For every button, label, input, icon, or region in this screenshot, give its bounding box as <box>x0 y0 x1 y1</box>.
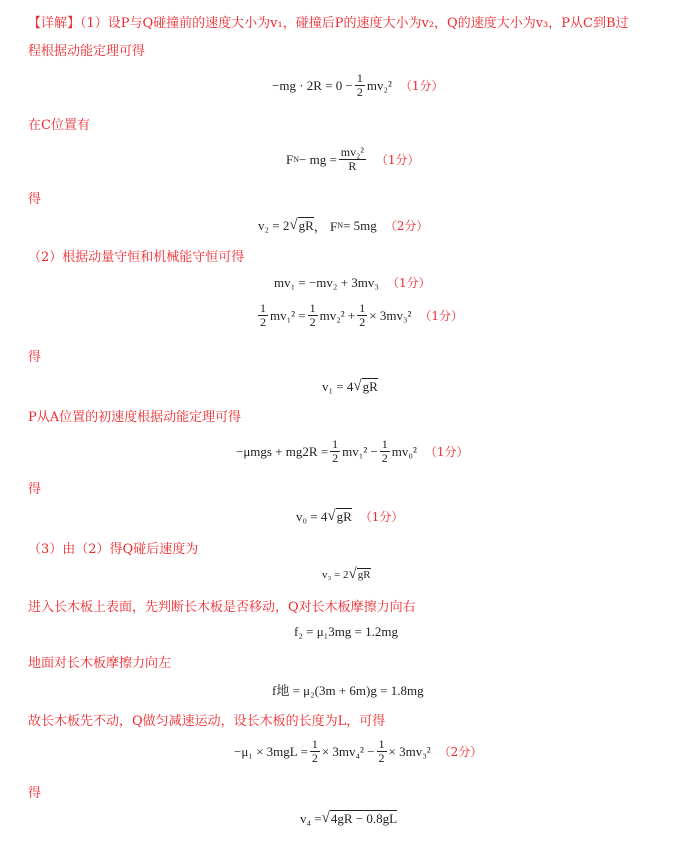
eq-text: mv₁ = −mv₂ + 3mv₃ <box>274 275 379 291</box>
eq-text: × 3mv₃² <box>369 308 411 324</box>
eq-text: v₁ = 4 <box>322 379 353 395</box>
eq-radicand: gR <box>298 217 314 234</box>
paragraph-from-a: P从A位置的初速度根据动能定理可得 <box>28 406 241 425</box>
paragraph-part3: （3）由（2）得Q碰后速度为 <box>28 538 198 557</box>
equation-11: f地 = μ₂(3m + 6m)g = 1.8mg <box>272 680 424 699</box>
score-label: （1分） <box>419 307 463 324</box>
eq-text: ， F <box>314 216 337 235</box>
equation-10: f₂ = μ₁3mg = 1.2mg <box>294 624 398 640</box>
fraction: 12 <box>357 302 367 329</box>
eq-text: v₃ = 2 <box>322 569 349 581</box>
equation-2: FN − mg = mv₂²R （1分） <box>286 146 420 173</box>
fraction: 12 <box>377 738 387 765</box>
paragraph-result: 得 <box>28 478 41 497</box>
equation-1: −mg · 2R = 0 − 12 mv₂² （1分） <box>272 72 444 99</box>
eq-text: mv₁² − <box>342 444 378 460</box>
sqrt-icon: √ <box>353 378 361 395</box>
equation-8: v₀ = 4√gR （1分） <box>296 508 403 525</box>
equation-6: v₁ = 4√gR <box>322 378 378 395</box>
equation-12: −μ₁ × 3mgL = 12× 3mv₄² − 12× 3mv₃² （2分） <box>234 738 482 765</box>
paragraph-part1-intro-cont: 程根据动能定理可得 <box>28 40 145 59</box>
eq-text: −μ₁ × 3mgL = <box>234 744 308 760</box>
fraction: 12 <box>310 738 320 765</box>
score-label: （1分） <box>425 443 469 460</box>
paragraph-friction-right: 进入长木板上表面，先判断长木板是否移动，Q对长木板摩擦力向右 <box>28 596 416 615</box>
paragraph-part1-intro: 【详解】（1）设P与Q碰撞前的速度大小为v₁，碰撞后P的速度大小为v₂，Q的速度… <box>28 12 629 31</box>
fraction: 12 <box>355 72 365 99</box>
eq-text: f₂ = μ₁3mg = 1.2mg <box>294 624 398 640</box>
paragraph-result: 得 <box>28 188 41 207</box>
fraction: mv₂²R <box>339 146 366 173</box>
eq-text: v₂ = 2 <box>258 218 289 234</box>
eq-radicand: gR <box>362 378 378 395</box>
eq-text: mv₀² <box>392 444 417 460</box>
eq-text: × 3mv₄² − <box>322 744 375 760</box>
eq-text: v₄ = <box>300 811 322 827</box>
score-label: （1分） <box>376 151 420 168</box>
eq-radicand: gR <box>357 568 371 581</box>
fraction: 12 <box>308 302 318 329</box>
score-label: （1分） <box>387 274 431 291</box>
eq-text: F <box>286 152 293 168</box>
paragraph-part2: （2）根据动量守恒和机械能守恒可得 <box>28 246 244 265</box>
equation-13: v₄ = √4gR − 0.8gL <box>300 810 397 827</box>
paragraph-friction-left: 地面对长木板摩擦力向左 <box>28 652 171 671</box>
eq-text: mv₂² + <box>320 308 356 324</box>
paragraph-at-c: 在C位置有 <box>28 114 90 133</box>
sqrt-icon: √ <box>327 508 335 525</box>
eq-radicand: 4gR − 0.8gL <box>330 810 397 827</box>
sqrt-icon: √ <box>349 566 357 583</box>
paragraph-board-static: 故长木板先不动，Q做匀减速运动，设长木板的长度为L，可得 <box>28 710 385 729</box>
sqrt-icon: √ <box>322 810 330 827</box>
eq-radicand: gR <box>336 508 352 525</box>
score-label: （1分） <box>360 508 404 525</box>
paragraph-result: 得 <box>28 346 41 365</box>
sqrt-icon: √ <box>289 217 297 234</box>
eq-text: mv₁² = <box>270 308 306 324</box>
eq-text: = 5mg <box>343 218 377 234</box>
equation-7: −μmgs + mg2R = 12mv₁² − 12mv₀² （1分） <box>236 438 468 465</box>
fraction: 12 <box>258 302 268 329</box>
eq-text: × 3mv₃² <box>389 744 431 760</box>
score-label: （2分） <box>439 743 483 760</box>
equation-3: v₂ = 2√gR ， FN = 5mg （2分） <box>258 216 428 235</box>
eq-text: f地 = μ₂(3m + 6m)g = 1.8mg <box>272 680 424 699</box>
eq-text: −μmgs + mg2R = <box>236 444 328 460</box>
eq-text: v₀ = 4 <box>296 509 327 525</box>
equation-4: mv₁ = −mv₂ + 3mv₃ （1分） <box>274 274 431 291</box>
equation-5: 12mv₁² = 12mv₂² + 12× 3mv₃² （1分） <box>256 302 463 329</box>
score-label: （2分） <box>385 217 429 234</box>
eq-text: − mg = <box>299 152 337 168</box>
eq-text: −mg · 2R = 0 − <box>272 78 353 94</box>
fraction: 12 <box>380 438 390 465</box>
fraction: 12 <box>330 438 340 465</box>
eq-text: mv₂² <box>367 78 392 94</box>
paragraph-result: 得 <box>28 782 41 801</box>
equation-9: v₃ = 2√gR <box>322 566 371 583</box>
score-label: （1分） <box>400 77 444 94</box>
